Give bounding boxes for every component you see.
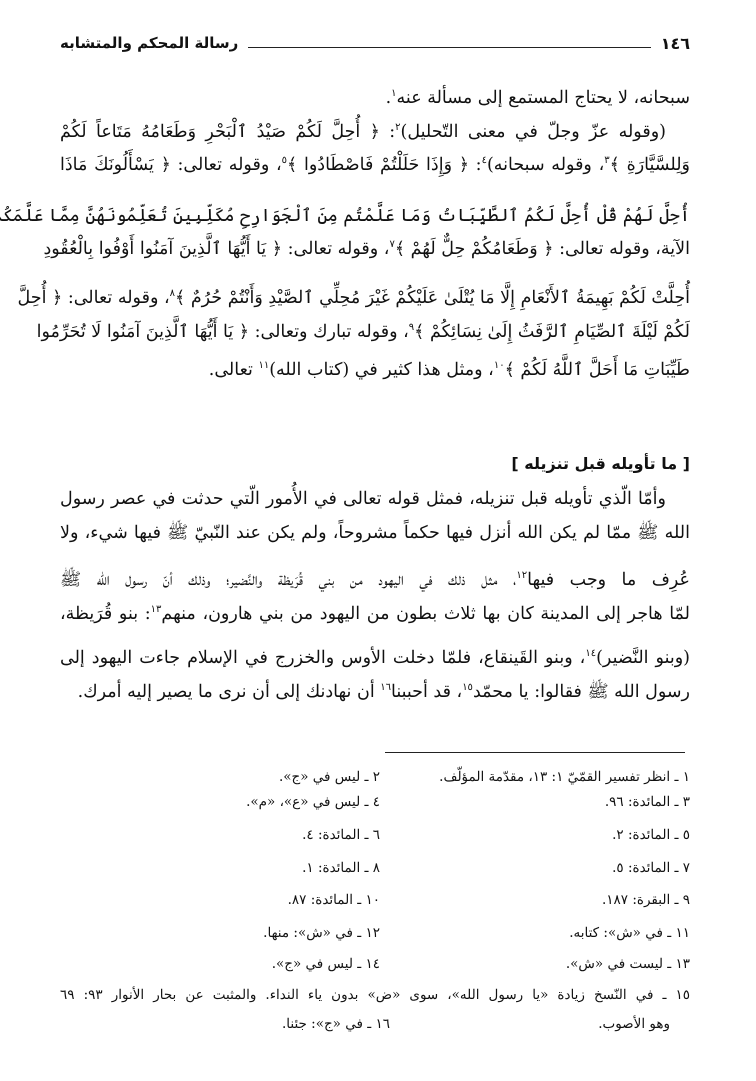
text-span: : ﴿ أُحِلَّ لَكُمْ صَيْدُ ٱلْبَحْرِ وَطَ…: [60, 122, 395, 142]
text-span: طَيِّبَاتِ مَا أَحَلَّ ٱللَّهُ لَكُمْ ﴾: [505, 360, 690, 380]
text-line: عُرِف ما وجب فيها١٢، مثل ذلك في اليهود م…: [60, 565, 690, 595]
footnote-row: ٥ ـ المائدة: ٢.٦ ـ المائدة: ٤.: [60, 823, 690, 847]
text-span: ، ومثل هذا كثير في (كتاب الله): [269, 360, 494, 380]
text-span: عُرِف ما وجب فيها: [527, 570, 690, 590]
footnote: ٣ ـ المائدة: ٩٦.: [380, 790, 690, 814]
text-span: أُحِلَّتْ لَكُمْ بَهِيمَةُ ٱلأَنْعَامِ إ…: [175, 288, 690, 308]
text-line: سبحانه، لا يحتاج المستمع إلى مسألة عنه١.: [60, 83, 690, 113]
footnote-16: ١٦ ـ في «ج»: جئنا.: [60, 1012, 390, 1036]
text-span: وَلِلسَّيَّارَةِ ﴾: [610, 155, 690, 175]
text-span: ، وقوله تعالى: ﴿ يَسْأَلُونَكَ مَاذَا: [60, 155, 282, 175]
footnote: ٥ ـ المائدة: ٢.: [380, 823, 690, 847]
footnote-marker: ١٥: [462, 682, 473, 693]
text-span: الله ﷺ ممّا لم يكن الله أنزل فيها حكماً …: [60, 523, 690, 543]
footnote-row: ١ ـ انظر تفسير القمّيّ ١: ١٣، مقدّمة الم…: [60, 765, 690, 789]
footnote: ٢ ـ ليس في «ج».: [70, 765, 380, 789]
book-title: رسالة المحكم والمتشابه: [60, 34, 238, 52]
footnote-row: وهو الأصوب.١٦ ـ في «ج»: جئنا.: [60, 1012, 690, 1036]
page-number: ١٤٦: [661, 34, 690, 53]
text-span: ، قد أحببنا: [391, 682, 462, 702]
footnote: ٦ ـ المائدة: ٤.: [70, 823, 380, 847]
footnote: ٧ ـ المائدة: ٥.: [380, 856, 690, 880]
footnote: ٩ ـ البقرة: ١٨٧.: [380, 888, 690, 912]
footnote-row: ١٣ ـ ليست في «ش».١٤ ـ ليس في «ج».: [60, 952, 690, 976]
section-heading: [ ما تأويله قبل تنزيله ]: [60, 450, 690, 478]
text-line: رسول الله ﷺ فقالوا: يا محمّد١٥، قد أحببن…: [60, 677, 690, 707]
text-span: ، وقوله سبحانه): [487, 155, 604, 175]
text-span: : بنو قُرَيظة،: [60, 604, 151, 624]
text-span: أُحِلَّ لَهُمْ قُلْ أُحِلَّ لَكُمُ ٱلطَّ…: [0, 206, 690, 226]
footnote-row: ٩ ـ البقرة: ١٨٧.١٠ ـ المائدة: ٨٧.: [60, 888, 690, 912]
text-span: ، وقوله تبارك وتعالى: ﴿ يَا أَيُّهَا ٱلَ…: [37, 322, 409, 342]
text-span: لَكُمْ لَيْلَةَ ٱلصِّيَامِ ٱلرَّفَثُ إِل…: [414, 322, 690, 342]
text-span: ، وقوله تعالى: ﴿ يَا أَيُّهَا ٱلَّذِينَ …: [43, 239, 389, 259]
text-line: وأمّا الّذي تأويله قبل تنزيله، فمثل قوله…: [60, 484, 690, 514]
footnote-marker: ١١: [258, 360, 269, 371]
footnote: ١٣ ـ ليست في «ش».: [380, 952, 690, 976]
text-span: سبحانه، لا يحتاج المستمع إلى مسألة عنه: [397, 88, 690, 108]
header-rule: [248, 47, 650, 48]
text-line: الآية، وقوله تعالى: ﴿ وَطَعَامُكُمْ حِلٌ…: [60, 234, 690, 264]
running-header: ١٤٦ رسالة المحكم والمتشابه: [60, 30, 690, 56]
footnote-separator: [385, 752, 685, 753]
document-page: ١٤٦ رسالة المحكم والمتشابه سبحانه، لا يح…: [0, 0, 756, 1081]
text-span: رسول الله ﷺ فقالوا: يا محمّد: [473, 682, 690, 702]
footnote-row: ٧ ـ المائدة: ٥.٨ ـ المائدة: ١.: [60, 856, 690, 880]
text-span: ، وبنو القَينقاع، فلمّا دخلت الأوس والخز…: [60, 648, 585, 668]
text-line: (وبنو النَّضير)١٤، وبنو القَينقاع، فلمّا…: [60, 643, 690, 673]
text-line: طَيِّبَاتِ مَا أَحَلَّ ٱللَّهُ لَكُمْ ﴾١…: [60, 355, 690, 385]
footnote-marker: ١٢: [516, 570, 527, 581]
text-span: لمّا هاجر إلى المدينة كان بها ثلاث بطون …: [161, 604, 690, 624]
footnote: ٨ ـ المائدة: ١.: [70, 856, 380, 880]
text-line: لَكُمْ لَيْلَةَ ٱلصِّيَامِ ٱلرَّفَثُ إِل…: [60, 317, 690, 347]
footnote-row: ١١ ـ في «ش»: كتابه.١٢ ـ في «ش»: منها.: [60, 921, 690, 945]
text-line: الله ﷺ ممّا لم يكن الله أنزل فيها حكماً …: [60, 518, 690, 548]
footnote: ١ ـ انظر تفسير القمّيّ ١: ١٣، مقدّمة الم…: [380, 765, 690, 789]
footnote: ٤ ـ ليس في «ع»، «م».: [70, 790, 380, 814]
footnote-15-continuation: وهو الأصوب.: [390, 1012, 690, 1036]
text-span: وأمّا الّذي تأويله قبل تنزيله، فمثل قوله…: [60, 489, 666, 509]
text-span: (وقوله عزّ وجلّ في معنى التّحليل): [401, 122, 666, 142]
text-span: تعالى.: [209, 360, 259, 380]
footnote: ١٢ ـ في «ش»: منها.: [70, 921, 380, 945]
text-span: ، مثل ذلك في اليهود من بني قُرَيظة والنَ…: [60, 570, 516, 590]
text-line: لمّا هاجر إلى المدينة كان بها ثلاث بطون …: [60, 599, 690, 629]
footnote: ١٠ ـ المائدة: ٨٧.: [70, 888, 380, 912]
footnote-marker: ١٠: [494, 360, 505, 371]
footnote-marker: ١٤: [585, 648, 596, 659]
footnote-marker: ١٦: [380, 682, 391, 693]
footnote: ١٤ ـ ليس في «ج».: [70, 952, 380, 976]
text-span: : ﴿ وَإِذَا حَلَلْتُمْ فَاصْطَادُوا ﴾: [287, 155, 482, 175]
text-span: ، وقوله تعالى: ﴿ أُحِلَّ: [18, 288, 170, 308]
text-line: وَلِلسَّيَّارَةِ ﴾٣، وقوله سبحانه)٤: ﴿ و…: [60, 150, 690, 180]
text-span: (وبنو النَّضير): [596, 648, 690, 668]
text-line: (وقوله عزّ وجلّ في معنى التّحليل)٢: ﴿ أُ…: [60, 117, 690, 147]
text-span: أن نهادنك إلى أن نرى ما يصير إليه أمرك.: [78, 682, 381, 702]
footnote-row: ٣ ـ المائدة: ٩٦.٤ ـ ليس في «ع»، «م».: [60, 790, 690, 814]
text-line: أُحِلَّتْ لَكُمْ بَهِيمَةُ ٱلأَنْعَامِ إ…: [60, 283, 690, 313]
footnote: ١١ ـ في «ش»: كتابه.: [380, 921, 690, 945]
text-span: الآية، وقوله تعالى: ﴿ وَطَعَامُكُمْ حِلٌ…: [395, 239, 690, 259]
footnote-marker: ١٣: [151, 604, 162, 615]
footnote-15: ١٥ ـ في النّسخ زيادة «يا رسول الله»، سوى…: [60, 983, 690, 1007]
text-line: أُحِلَّ لَهُمْ قُلْ أُحِلَّ لَكُمُ ٱلطَّ…: [60, 201, 690, 231]
